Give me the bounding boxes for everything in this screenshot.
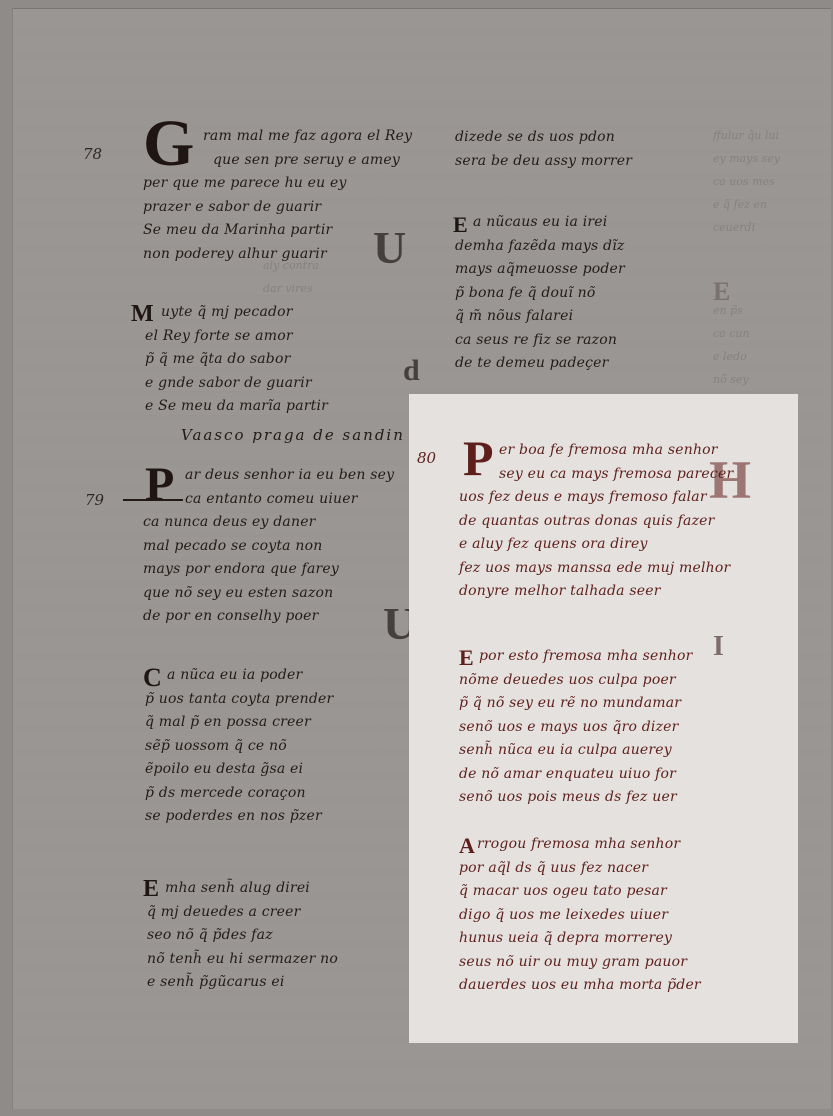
verse-line: rrogou fremosa mha senhor (459, 833, 701, 857)
verse-line: a nũcaus eu ia irei (455, 211, 625, 235)
verse-line: uos fez deus e mays fremoso falar (459, 486, 733, 510)
verse-line: er boa fe fremosa mha senhor (459, 439, 733, 463)
verse-line: seus nõ uir ou muy gram pauor (459, 951, 701, 975)
show-through-text: ffulur q̃u luiey mays seyca uos mese q̃ … (713, 124, 780, 239)
show-through-initial-d: d (403, 354, 420, 388)
verse-line: q̃ m̃ nõus falarei (455, 305, 625, 329)
verse-line: sey eu ca mays fremosa parecer (459, 463, 733, 487)
verse-line: ca nunca deus ey daner (143, 511, 394, 535)
poem79-stanza-end: dizede se ds uos pdon sera be deu assy m… (455, 126, 632, 173)
verse-line: nõme deuedes uos culpa poer (459, 669, 692, 693)
verse-line: de te demeu padeçer (455, 352, 625, 376)
verse-line: mal pecado se coyta non (143, 535, 394, 559)
author-rubric: Vaasco praga de sandin (181, 426, 405, 444)
verse-line: por aq̃l ds q̃ uus fez nacer (459, 857, 701, 881)
poem79-stanza3: mha senh̃ alug direi q̃ mj deuedes a cre… (147, 877, 338, 995)
verse-line: demha fazẽda mays dĩz (455, 235, 625, 259)
verse-line: que sen pre seruy e amey (143, 149, 412, 173)
verse-line: que nõ sey eu esten sazon (143, 582, 394, 606)
verse-line: seo nõ q̃ p̃des faz (147, 924, 338, 948)
poem79-stanza1: ar deus senhor ia eu ben sey ca entanto … (143, 464, 394, 629)
verse-line: donyre melhor talhada seer (459, 580, 733, 604)
verse-line: de quantas outras donas quis fazer (459, 510, 733, 534)
poem-number-78: 78 (83, 145, 102, 163)
verse-line: e Se meu da marĩa partir (145, 395, 328, 419)
verse-line: q̃ mj deuedes a creer (147, 901, 338, 925)
verse-line: p̃ ds mercede coraçon (145, 782, 333, 806)
verse-line: non poderey alhur guarir (143, 243, 412, 267)
verse-line: ar deus senhor ia eu ben sey (143, 464, 394, 488)
show-through-initial-y: I (713, 631, 724, 663)
poem80-stanza3: rrogou fremosa mha senhor por aq̃l ds q̃… (459, 833, 701, 998)
verse-line: e gnde sabor de guarir (145, 372, 328, 396)
verse-line: ca seus re fiz se razon (455, 329, 625, 353)
verse-line: senõ uos pois meus ds fez uer (459, 786, 692, 810)
verse-line: p̃ q̃ nõ sey eu rẽ no mundamar (459, 692, 692, 716)
verse-line: se poderdes en nos p̃zer (145, 805, 333, 829)
verse-line: sera be deu assy morrer (455, 150, 632, 174)
verse-line: digo q̃ uos me leixedes uiuer (459, 904, 701, 928)
verse-line: a nũca eu ia poder (145, 664, 333, 688)
verse-line: el Rey forte se amor (145, 325, 328, 349)
verse-line: senh̃ nũca eu ia culpa auerey (459, 739, 692, 763)
show-through-initial-e: E (713, 277, 730, 307)
verse-line: hunus ueia q̃ depra morrerey (459, 927, 701, 951)
verse-line: p̃ uos tanta coyta prender (145, 688, 333, 712)
verse-line: Se meu da Marinha partir (143, 219, 412, 243)
verse-line: e senh̃ p̃gũcarus ei (147, 971, 338, 995)
verse-line: e aluy fez quens ora direy (459, 533, 733, 557)
poem79-stanza2: a nũca eu ia poder p̃ uos tanta coyta pr… (145, 664, 333, 829)
poem80-stanza2: por esto fremosa mha senhor nõme deuedes… (459, 645, 692, 810)
verse-line: dizede se ds uos pdon (455, 126, 632, 150)
poem79-stanza-cont: a nũcaus eu ia irei demha fazẽda mays dĩ… (455, 211, 625, 376)
verse-line: dauerdes uos eu mha morta p̃der (459, 974, 701, 998)
verse-line: p̃ bona fe q̃ douĩ nõ (455, 282, 625, 306)
verse-line: de nõ amar enquateu uiuo for (459, 763, 692, 787)
verse-line: ca entanto comeu uiuer (143, 488, 394, 512)
poem78-stanza2: uyte q̃ mj pecador el Rey forte se amor … (145, 301, 328, 419)
verse-line: q̃ mal p̃ en possa creer (145, 711, 333, 735)
poem-number-79: 79 (85, 491, 104, 509)
verse-line: p̃ q̃ me q̃ta do sabor (145, 348, 328, 372)
poem80-stanza1: er boa fe fremosa mha senhor sey eu ca m… (459, 439, 733, 604)
verse-line: de por en conselhy poer (143, 605, 394, 629)
poem78-stanza1: ram mal me faz agora el Rey que sen pre … (143, 125, 412, 266)
verse-line: senõ uos e mays uos q̃ro dizer (459, 716, 692, 740)
verse-line: per que me parece hu eu ey (143, 172, 412, 196)
verse-line: por esto fremosa mha senhor (459, 645, 692, 669)
verse-line: mays aq̃meuosse poder (455, 258, 625, 282)
poem-number-80: 80 (417, 449, 436, 467)
verse-line: prazer e sabor de guarir (143, 196, 412, 220)
verse-line: ram mal me faz agora el Rey (143, 125, 412, 149)
manuscript-page: ffulur q̃u luiey mays seyca uos mese q̃ … (12, 8, 831, 1109)
verse-line: mays por endora que farey (143, 558, 394, 582)
show-through-text: en p̃sca cune ledonõ sey (713, 299, 750, 391)
verse-line: ẽpoilo eu desta g̃sa ei (145, 758, 333, 782)
verse-line: sẽp̃ uossom q̃ ce nõ (145, 735, 333, 759)
verse-line: uyte q̃ mj pecador (145, 301, 328, 325)
verse-line: mha senh̃ alug direi (147, 877, 338, 901)
verse-line: q̃ macar uos ogeu tato pesar (459, 880, 701, 904)
verse-line: nõ tenh̃ eu hi sermazer no (147, 948, 338, 972)
verse-line: fez uos mays manssa ede muj melhor (459, 557, 733, 581)
